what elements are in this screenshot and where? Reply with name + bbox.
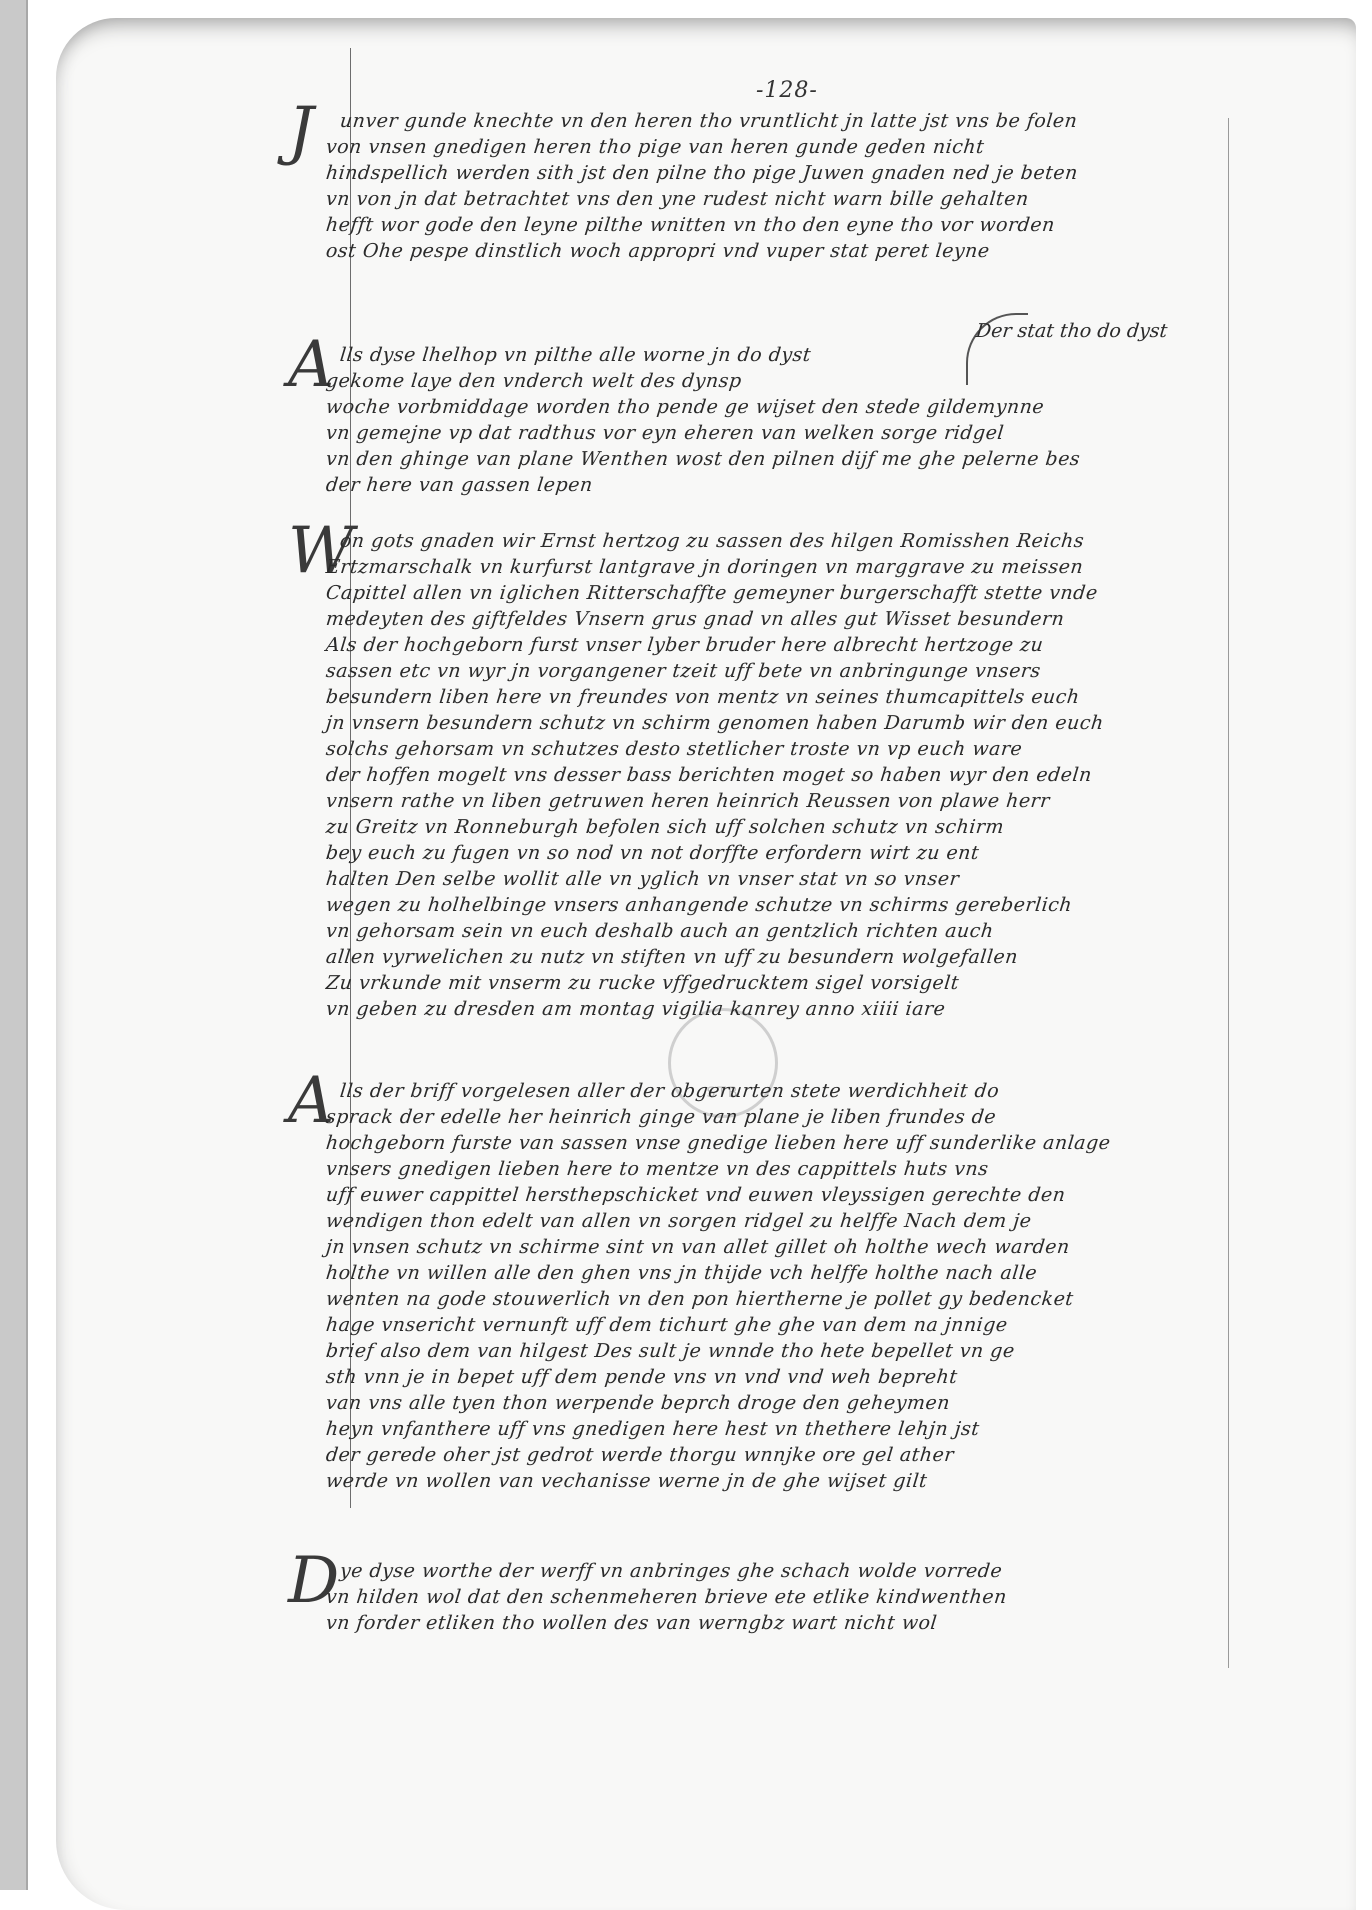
paragraph: Alls dyse lhelhop vn pilthe alle worne j… [318, 342, 1318, 498]
manuscript-line: werde vn wollen van vechanisse werne jn … [317, 1468, 1320, 1494]
folio-number: -128- [756, 78, 818, 103]
scanner-bed-edge [0, 0, 28, 1890]
paragraph: Dye dyse worthe der werff vn anbringes g… [318, 1558, 1318, 1636]
manuscript-line: brief also dem van hilgest Des sult je w… [317, 1338, 1320, 1364]
manuscript-line: unver gunde knechte vn den heren tho vru… [317, 108, 1320, 134]
manuscript-line: vn gemejne vp dat radthus vor eyn eheren… [317, 420, 1320, 446]
manuscript-line: jn vnsen schutz vn schirme sint vn van a… [317, 1234, 1320, 1260]
manuscript-line: Zu vrkunde mit vnserm zu rucke vffgedruc… [317, 970, 1320, 996]
manuscript-line: vn gehorsam sein vn euch deshalb auch an… [317, 918, 1320, 944]
manuscript-line: vn von jn dat betrachtet vns den yne rud… [317, 186, 1320, 212]
manuscript-line: vnsern rathe vn liben getruwen heren hei… [317, 788, 1320, 814]
manuscript-line: zu Greitz vn Ronneburgh befolen sich uff… [317, 814, 1320, 840]
manuscript-line: Als der hochgeborn furst vnser lyber bru… [317, 632, 1320, 658]
manuscript-line: wegen zu holhelbinge vnsers anhangende s… [317, 892, 1320, 918]
margin-note: Der stat tho do dyst [975, 320, 1169, 342]
manuscript-line: sassen etc vn wyr jn vorgangener tzeit u… [317, 658, 1320, 684]
manuscript-line: Ertzmarschalk vn kurfurst lantgrave jn d… [317, 554, 1320, 580]
manuscript-line: halten Den selbe wollit alle vn yglich v… [317, 866, 1320, 892]
paragraph: Alls der briff vorgelesen aller der obge… [318, 1078, 1318, 1494]
manuscript-line: jn vnsern besundern schutz vn schirm gen… [317, 710, 1320, 736]
decorated-initial: J [288, 94, 314, 168]
manuscript-line: sprack der edelle her heinrich ginge van… [317, 1104, 1320, 1130]
manuscript-line: van vns alle tyen thon werpende beprch d… [317, 1390, 1320, 1416]
manuscript-line: sth vnn je in bepet uff dem pende vns vn… [317, 1364, 1320, 1390]
paragraph: Junver gunde knechte vn den heren tho vr… [318, 108, 1318, 264]
manuscript-line: Capittel allen vn iglichen Ritterschafft… [317, 580, 1320, 606]
manuscript-line: vn den ghinge van plane Wenthen wost den… [317, 446, 1320, 472]
scanner-gap [28, 0, 50, 1910]
manuscript-line: on gots gnaden wir Ernst hertzog zu sass… [317, 528, 1320, 554]
paragraph: Won gots gnaden wir Ernst hertzog zu sas… [318, 528, 1318, 1022]
manuscript-line: vnsers gnedigen lieben here to mentze vn… [317, 1156, 1320, 1182]
manuscript-line: hage vnsericht vernunft uff dem tichurt … [317, 1312, 1320, 1338]
manuscript-line: hochgeborn furste van sassen vnse gnedig… [317, 1130, 1320, 1156]
manuscript-line: woche vorbmiddage worden tho pende ge wi… [317, 394, 1320, 420]
manuscript-line: lls der briff vorgelesen aller der obger… [317, 1078, 1320, 1104]
manuscript-line: holthe vn willen alle den ghen vns jn th… [317, 1260, 1320, 1286]
manuscript-line: allen vyrwelichen zu nutz vn stiften vn … [317, 944, 1320, 970]
manuscript-line: lls dyse lhelhop vn pilthe alle worne jn… [317, 342, 1320, 368]
manuscript-line: gekome laye den vnderch welt des dynsp [317, 368, 1320, 394]
manuscript-line: solchs gehorsam vn schutzes desto stetli… [317, 736, 1320, 762]
manuscript-line: heyn vnfanthere uff vns gnedigen here he… [317, 1416, 1320, 1442]
manuscript-line: hindspellich werden sith jst den pilne t… [317, 160, 1320, 186]
manuscript-line: ost Ohe pespe dinstlich woch appropri vn… [317, 238, 1320, 264]
manuscript-line: von vnsen gnedigen heren tho pige van he… [317, 134, 1320, 160]
manuscript-line: vn geben zu dresden am montag vigilia ka… [317, 996, 1320, 1022]
manuscript-line: der hoffen mogelt vns desser bass berich… [317, 762, 1320, 788]
manuscript-line: ye dyse worthe der werff vn anbringes gh… [317, 1558, 1320, 1584]
manuscript-line: vn forder etliken tho wollen des van wer… [317, 1610, 1320, 1636]
manuscript-line: wenten na gode stouwerlich vn den pon hi… [317, 1286, 1320, 1312]
manuscript-line: bey euch zu fugen vn so nod vn not dorff… [317, 840, 1320, 866]
manuscript-line: besundern liben here vn freundes von men… [317, 684, 1320, 710]
manuscript-line: wendigen thon edelt van allen vn sorgen … [317, 1208, 1320, 1234]
manuscript-line: uff euwer cappittel hersthepschicket vnd… [317, 1182, 1320, 1208]
manuscript-line: der here van gassen lepen [317, 472, 1320, 498]
manuscript-line: vn hilden wol dat den schenmeheren briev… [317, 1584, 1320, 1610]
manuscript-line: medeyten des giftfeldes Vnsern grus gnad… [317, 606, 1320, 632]
manuscript-line: der gerede oher jst gedrot werde thorgu … [317, 1442, 1320, 1468]
manuscript-page: -128- Der stat tho do dyst STB Junver gu… [56, 18, 1356, 1910]
manuscript-line: hefft wor gode den leyne pilthe wnitten … [317, 212, 1320, 238]
